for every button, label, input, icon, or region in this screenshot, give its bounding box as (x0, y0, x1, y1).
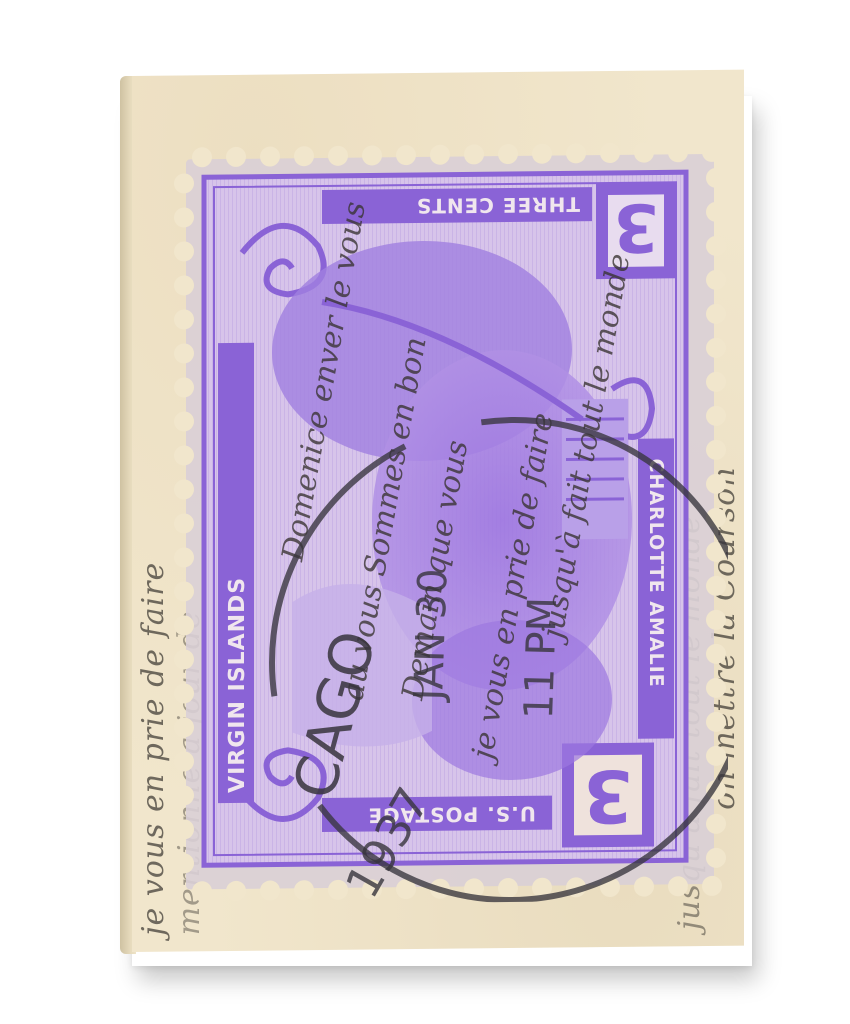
postage-stamp: VIRGIN ISLANDS CHARLOTTE AMALIE THREE CE… (172, 138, 728, 906)
stamp-value-label: THREE CENTS (416, 192, 580, 218)
stamp-city-label: CHARLOTTE AMALIE (645, 458, 667, 687)
svg-text:3: 3 (583, 754, 633, 839)
stamp-illustration: VIRGIN ISLANDS CHARLOTTE AMALIE THREE CE… (172, 138, 728, 906)
canvas-print: je vous en prie de faire mentionne a jou… (132, 70, 744, 952)
postmark-time: 11 PM (516, 597, 566, 720)
handwriting-line: je vous en prie de faire (136, 562, 171, 936)
stamp-country-label: VIRGIN ISLANDS (225, 577, 250, 793)
postmark-date: JAN 30 (406, 568, 457, 704)
